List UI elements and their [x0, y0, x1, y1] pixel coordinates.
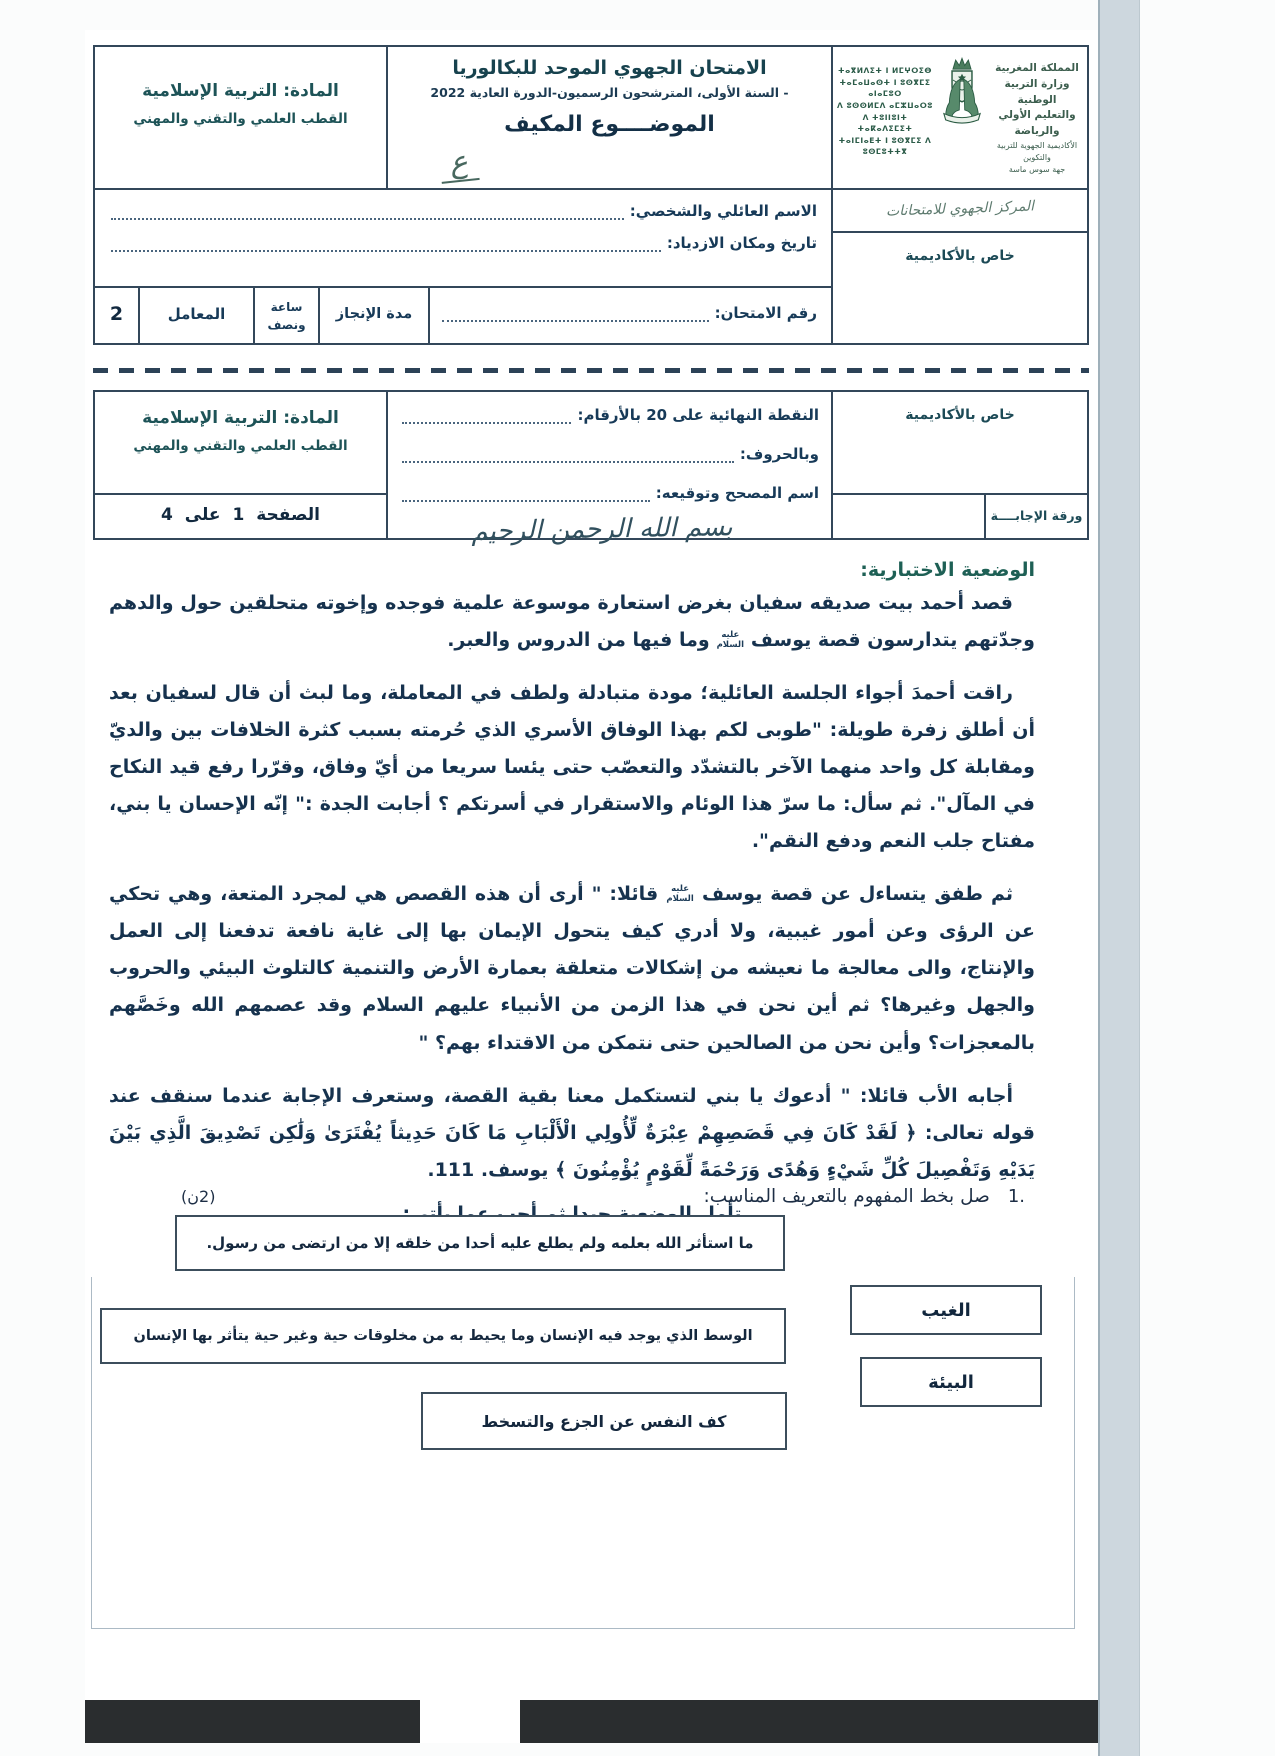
final-mark-row: النقطة النهائية على 20 بالأرقام: [400, 406, 819, 424]
final-mark-label: النقطة النهائية على 20 بالأرقام: [577, 406, 819, 424]
definition-box-environment: الوسط الذي يوجد فيه الإنسان وما يحيط به … [100, 1308, 786, 1364]
in-letters-label: وبالحروف: [740, 445, 819, 463]
session-line: - السنة الأولى، المترشحون الرسميون-الدور… [388, 85, 831, 100]
final-mark-input-line[interactable] [402, 408, 571, 424]
duration-value-2: ونصف [255, 316, 318, 334]
coefficient-label-cell: المعامل [138, 286, 255, 345]
birth-input-line[interactable] [111, 236, 661, 252]
regional-center-note-box: المركز الجهوي للامتحانات [831, 188, 1089, 233]
ministry-logo-box: ⵜⴰⴳⵍⴷⵉⵜ ⵏ ⵍⵎⵖⵔⵉⴱ ⵜⴰⵎⴰⵡⴰⵙⵜ ⵏ ⵓⵙⴳⵎⵉ ⴰⵏⴰⵎⵓⵔ… [831, 45, 1089, 190]
corrector-label: اسم المصحح وتوقيعه: [656, 484, 819, 502]
definition-box-patience: كف النفس عن الجزع والتسخط [421, 1392, 787, 1450]
subject-label: المادة: التربية الإسلامية [95, 81, 386, 101]
dashed-separator [93, 368, 1089, 373]
duration-value-1: ساعة [255, 298, 318, 316]
verse-reference: يوسف. 111. [427, 1159, 548, 1181]
name-input-line[interactable] [111, 204, 624, 220]
concept-box-environment: البيئة [860, 1357, 1042, 1407]
coefficient-value-cell: 2 [93, 286, 140, 345]
exam-number-cell: رقم الامتحان: [428, 286, 833, 345]
subject-box: المادة: التربية الإسلامية القطب العلمي و… [93, 45, 388, 190]
paragraph-1-end: وما فيها من الدروس والعبر. [447, 629, 709, 651]
name-field-row: الاسم العائلي والشخصي: [109, 202, 817, 220]
subject-box-2: المادة: التربية الإسلامية القطب العلمي و… [93, 390, 388, 495]
concept-box-ghayb: الغيب [850, 1285, 1042, 1335]
academy-only-label-2: خاص بالأكاديمية [905, 407, 1014, 423]
scan-bottom-band [85, 1700, 1098, 1743]
peace-upon-him-glyph: عليه السلام [716, 631, 744, 650]
coat-of-arms-icon [933, 55, 991, 129]
exam-number-label: رقم الامتحان: [715, 304, 817, 322]
paragraph-3-text: ثم طفق يتساءل عن قصة يوسف [702, 883, 1013, 905]
paper-type-title: الموضــــوع المكيف [388, 112, 831, 137]
exam-number-input-line[interactable] [442, 306, 709, 322]
exam-body: بسم الله الرحمن الرحيم الوضعية الاختباري… [95, 515, 1107, 1225]
name-label: الاسم العائلي والشخصي: [630, 202, 817, 220]
tifinagh-line: ⵜⴰⴳⵍⴷⵉⵜ ⵏ ⵍⵎⵖⵔⵉⴱ [837, 65, 933, 77]
academy-only-label: خاص بالأكاديمية [905, 248, 1014, 264]
duration-label: مدة الإنجاز [336, 306, 412, 322]
exam-title-box: الامتحان الجهوي الموحد للبكالوريا - السن… [386, 45, 833, 190]
paragraph-1: قصد أحمد بيت صديقه سفيان بغرض استعارة مو… [109, 585, 1035, 659]
birth-field-row: تاريخ ومكان الازدياد: [109, 234, 817, 252]
exam-number-row: رقم الامتحان: [440, 304, 817, 322]
paragraph-3-end: قائلا: " أرى أن هذه القصص هي لمجرد المتع… [109, 883, 1035, 1053]
academy-only-box: خاص بالأكاديمية [831, 231, 1089, 345]
exam-title: الامتحان الجهوي الموحد للبكالوريا [388, 57, 831, 79]
academy-name: الأكاديمية الجهوية للتربية والتكوين [991, 140, 1083, 164]
pole-label: القطب العلمي والتقني والمهني [95, 111, 386, 127]
corrector-row: اسم المصحح وتوقيعه: [400, 484, 819, 502]
coefficient-value: 2 [110, 303, 123, 325]
tifinagh-text: ⵜⴰⴳⵍⴷⵉⵜ ⵏ ⵍⵎⵖⵔⵉⴱ ⵜⴰⵎⴰⵡⴰⵙⵜ ⵏ ⵓⵙⴳⵎⵉ ⴰⵏⴰⵎⵓⵔ… [837, 55, 933, 158]
paragraph-2: راقت أحمدَ أجواء الجلسة العائلية؛ مودة م… [109, 675, 1035, 860]
situation-title: الوضعية الاختبارية: [109, 559, 1035, 581]
handwritten-mark: ع [438, 146, 479, 184]
birth-label: تاريخ ومكان الازدياد: [667, 234, 817, 252]
academy-only-box-2: خاص بالأكاديمية [831, 390, 1089, 495]
paragraph-4: أجابه الأب قائلا: " أدعوك يا بني لتستكمل… [109, 1078, 1035, 1189]
question-1-row: 1. صل بخط المفهوم بالتعريف المناسب: (2ن) [93, 1186, 1089, 1207]
definition-box-ghayb: ما استأثر الله بعلمه ولم يطلع عليه أحدا … [175, 1215, 785, 1271]
coefficient-label: المعامل [168, 305, 226, 323]
duration-value-cell: ساعة ونصف [253, 286, 320, 345]
pole-label-2: القطب العلمي والتقني والمهني [95, 438, 386, 454]
tifinagh-line: ⵜⴰⴽⴰⴷⵉⵎⵉⵜ ⵜⴰⵏⵎⵏⴰⴹⵜ ⵏ ⵓⵙⴳⵎⵉ ⴷ ⵓⵙⵎⵓⵜⵜⴳ [837, 123, 933, 158]
in-letters-row: وبالحروف: [400, 445, 819, 463]
question-1-text: صل بخط المفهوم بالتعريف المناسب: [704, 1186, 990, 1207]
ministry-arabic-text: المملكة المغربية وزارة التربية الوطنية و… [991, 55, 1083, 176]
region-name: جهة سوس ماسة [991, 164, 1083, 176]
tifinagh-line: ⵜⴰⵎⴰⵡⴰⵙⵜ ⵏ ⵓⵙⴳⵎⵉ ⴰⵏⴰⵎⵓⵔ [837, 77, 933, 100]
subject-label-2: المادة: التربية الإسلامية [95, 408, 386, 428]
duration-label-cell: مدة الإنجاز [318, 286, 430, 345]
tifinagh-line: ⴷ ⵓⵙⵙⵍⵎⴷ ⴰⵎⵣⵡⴰⵔⵓ ⴷ ⵜⵓⵏⵏⵓⵏⵜ [837, 100, 933, 123]
ministry-label: وزارة التربية الوطنية [991, 77, 1083, 109]
regional-center-handwriting: المركز الجهوي للامتحانات [886, 198, 1035, 219]
corrector-input-line[interactable] [402, 486, 650, 502]
scan-band-gap [420, 1700, 520, 1743]
exam-paper-page: المادة: التربية الإسلامية القطب العلمي و… [85, 30, 1098, 1700]
in-letters-input-line[interactable] [402, 447, 734, 463]
matching-exercise: 1. صل بخط المفهوم بالتعريف المناسب: (2ن)… [93, 1180, 1089, 1650]
student-identity-box: الاسم العائلي والشخصي: تاريخ ومكان الازد… [93, 188, 833, 288]
peace-upon-him-glyph: عليه السلام [666, 885, 694, 904]
paragraph-3: ثم طفق يتساءل عن قصة يوسف عليه السلام قا… [109, 876, 1035, 1061]
kingdom-label: المملكة المغربية [991, 61, 1083, 77]
quran-verse: ﴿ لَقَدْ كَانَ فِي قَصَصِهِمْ عِبْرَةٌ ل… [109, 1122, 1035, 1181]
ministry-label-2: والتعليم الأولي والرياضة [991, 108, 1083, 140]
question-1-number: 1. [1008, 1186, 1025, 1207]
question-1-points: (2ن) [181, 1187, 215, 1206]
